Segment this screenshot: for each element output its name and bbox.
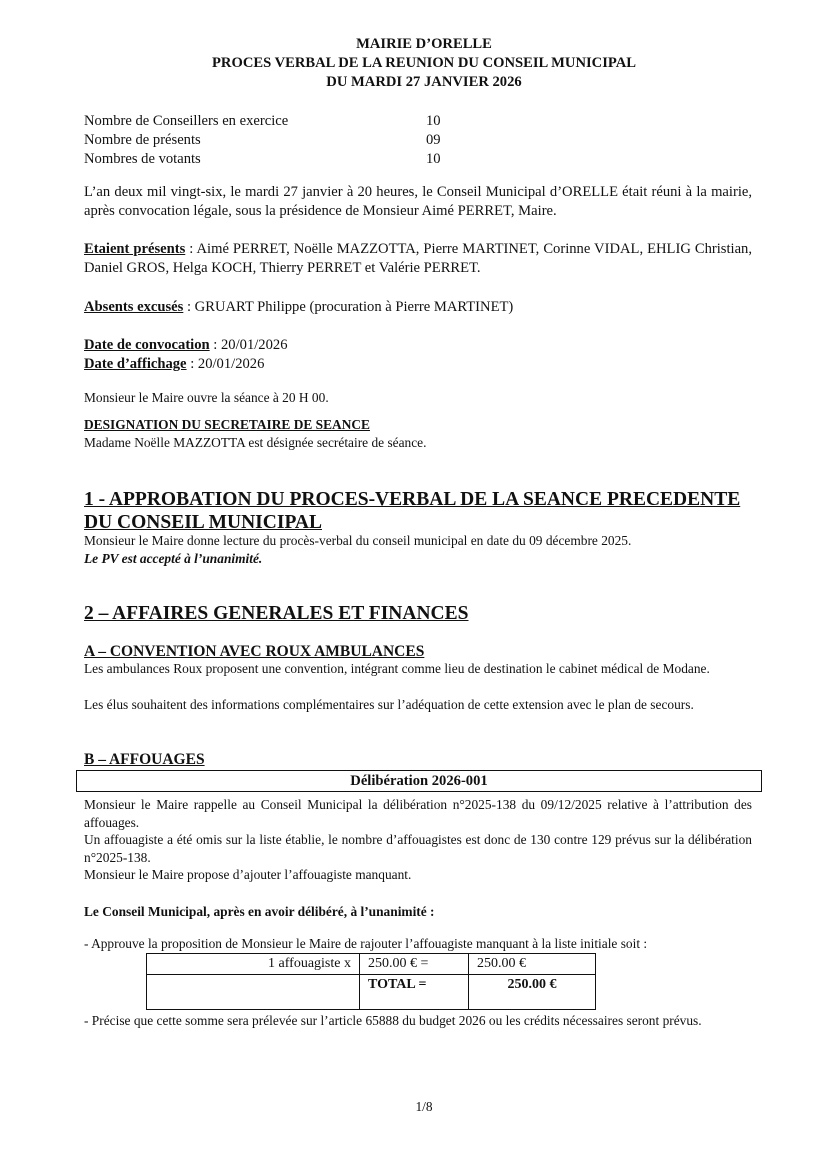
page-number: 1/8 (84, 1098, 764, 1116)
subsection-b-p1: Monsieur le Maire rappelle au Conseil Mu… (84, 796, 752, 832)
affichage-value: : 20/01/2026 (187, 356, 265, 372)
stat-label: Nombre de présents (84, 131, 201, 150)
table-row: TOTAL = 250.00 € (147, 975, 596, 1010)
header-title: PROCES VERBAL DE LA REUNION DU CONSEIL M… (84, 54, 764, 73)
decision-line: Le Conseil Municipal, après en avoir dél… (84, 903, 435, 921)
stat-row: Nombre de présents 09 (84, 131, 584, 150)
affichage-date: Date d’affichage : 20/01/2026 (84, 355, 264, 374)
section1-title: 1 - APPROBATION DU PROCES-VERBAL DE LA S… (84, 488, 754, 534)
subsection-a-p2: Les élus souhaitent des informations com… (84, 696, 752, 714)
total-amount-cell: 250.00 € (469, 975, 596, 1010)
unit-cell: 250.00 € = (360, 954, 469, 975)
stat-value: 09 (426, 131, 441, 150)
presents-label: Etaient présents (84, 241, 185, 257)
amount-cell: 250.00 € (469, 954, 596, 975)
empty-cell (147, 975, 360, 1010)
stat-row: Nombre de Conseillers en exercice 10 (84, 112, 584, 131)
stats-table: Nombre de Conseillers en exercice 10 Nom… (84, 112, 584, 169)
approve-line: - Approuve la proposition de Monsieur le… (84, 935, 647, 953)
intro-paragraph: L’an deux mil vingt-six, le mardi 27 jan… (84, 183, 752, 221)
absents-text: : GRUART Philippe (procuration à Pierre … (183, 299, 513, 315)
convocation-label: Date de convocation (84, 337, 210, 353)
stat-row: Nombres de votants 10 (84, 150, 584, 169)
subsection-b-title: B – AFFOUAGES (84, 750, 205, 769)
subsection-a-p1: Les ambulances Roux proposent une conven… (84, 660, 752, 678)
subsection-b-p3: Monsieur le Maire propose d’ajouter l’af… (84, 866, 411, 884)
stat-label: Nombre de Conseillers en exercice (84, 112, 288, 131)
deliberation-box: Délibération 2026-001 (76, 770, 762, 792)
opening-line: Monsieur le Maire ouvre la séance à 20 H… (84, 389, 329, 407)
section2-title: 2 – AFFAIRES GENERALES ET FINANCES (84, 602, 754, 625)
table-row: 1 affouagiste x 250.00 € = 250.00 € (147, 954, 596, 975)
total-label-cell: TOTAL = (360, 975, 469, 1010)
convocation-value: : 20/01/2026 (210, 337, 288, 353)
subsection-a-title: A – CONVENTION AVEC ROUX AMBULANCES (84, 642, 424, 661)
section1-result: Le PV est accepté à l’unanimité. (84, 550, 262, 568)
header-date: DU MARDI 27 JANVIER 2026 (84, 73, 764, 92)
stat-value: 10 (426, 112, 441, 131)
presents-text: : Aimé PERRET, Noëlle MAZZOTTA, Pierre M… (84, 241, 752, 276)
secretary-text: Madame Noëlle MAZZOTTA est désignée secr… (84, 434, 426, 452)
calculation-table: 1 affouagiste x 250.00 € = 250.00 € TOTA… (146, 953, 596, 1010)
subsection-b-p2: Un affouagiste a été omis sur la liste é… (84, 831, 752, 867)
absents-paragraph: Absents excusés : GRUART Philippe (procu… (84, 298, 513, 317)
section1-text: Monsieur le Maire donne lecture du procè… (84, 532, 631, 550)
presents-paragraph: Etaient présents : Aimé PERRET, Noëlle M… (84, 240, 752, 278)
absents-label: Absents excusés (84, 299, 183, 315)
convocation-date: Date de convocation : 20/01/2026 (84, 336, 288, 355)
stat-value: 10 (426, 150, 441, 169)
qty-cell: 1 affouagiste x (147, 954, 360, 975)
precise-line: - Précise que cette somme sera prélevée … (84, 1010, 752, 1031)
header-town: MAIRIE D’ORELLE (84, 35, 764, 54)
stat-label: Nombres de votants (84, 150, 201, 169)
secretary-title: DESIGNATION DU SECRETAIRE DE SEANCE (84, 416, 370, 434)
affichage-label: Date d’affichage (84, 356, 187, 372)
